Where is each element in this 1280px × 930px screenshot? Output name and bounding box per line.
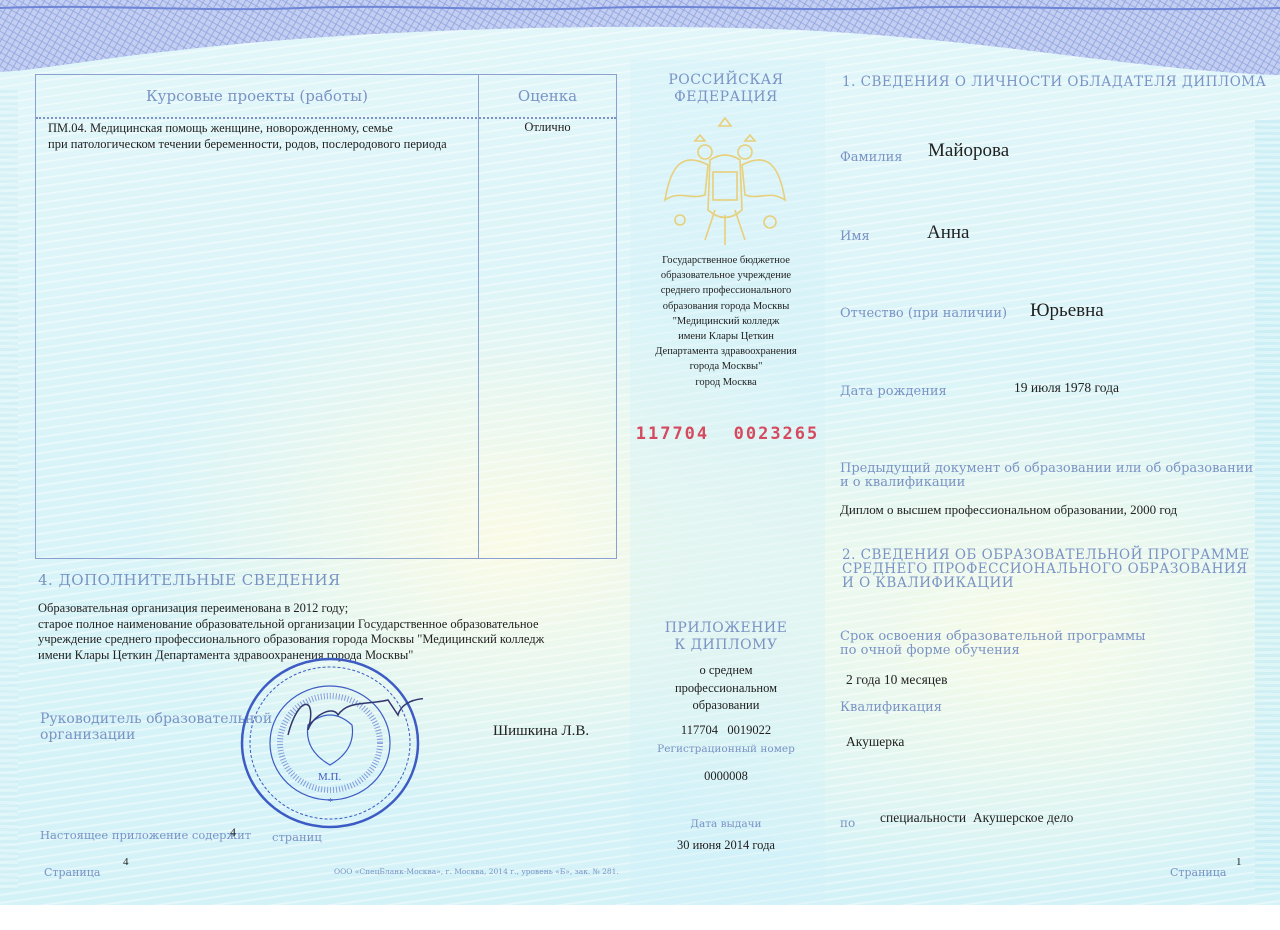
institution-line: образования города Москвы [636, 299, 816, 314]
study-duration-value: 2 года 10 месяцев [846, 672, 947, 688]
double-headed-eagle-icon [660, 110, 790, 250]
svg-text:М.П.: М.П. [318, 771, 341, 783]
additional-line-1: Образовательная организация переименован… [38, 601, 608, 617]
previous-document-value: Диплом о высшем профессиональном образов… [840, 502, 1177, 518]
surname-value: Майорова [928, 140, 1009, 162]
left-page-number: 4 [123, 856, 129, 868]
country-line2: Федерация [636, 89, 816, 106]
prev-doc-label-line2: и о квалификации [840, 476, 1253, 490]
course-name-line2: при патологическом течении беременности,… [48, 136, 473, 152]
specialty-prefix: по [840, 816, 855, 830]
section2-heading: 2. Сведения об образовательной программе… [842, 548, 1250, 590]
left-edge-strip [0, 90, 18, 890]
annex-title-line1: Приложение [636, 620, 816, 637]
institution-line: "Медицинский колледж [636, 314, 816, 329]
institution-line: образовательное учреждение [636, 268, 816, 283]
section2-line3: и о квалификации [842, 576, 1250, 590]
name-value: Анна [927, 222, 970, 244]
pages-count-suffix: страниц [272, 830, 322, 844]
dob-label: Дата рождения [840, 384, 947, 399]
additional-info-text: Образовательная организация переименован… [38, 601, 608, 663]
level-line: о среднем [636, 662, 816, 680]
institution-line: среднего профессионального [636, 283, 816, 298]
duration-label-line2: по очной форме обучения [840, 644, 1145, 658]
issue-date: 30 июня 2014 года [636, 838, 816, 853]
right-edge-strip [1255, 120, 1280, 890]
additional-line-3: учреждение среднего профессионального об… [38, 632, 608, 648]
institution-line: имени Клары Цеткин [636, 329, 816, 344]
patronymic-label: Отчество (при наличии) [840, 306, 1007, 321]
header-grade: Оценка [479, 87, 616, 105]
section2-line1: 2. Сведения об образовательной программе [842, 548, 1250, 562]
right-page-number: 1 [1236, 856, 1242, 868]
header-course-projects: Курсовые проекты (работы) [36, 87, 478, 105]
dob-value: 19 июля 1978 года [1014, 380, 1119, 396]
annex-title-line2: к диплому [636, 637, 816, 654]
table-divider [478, 75, 479, 558]
pages-count-label: Настоящее приложение содержит [40, 828, 251, 842]
form-serial-number: 117704 0023265 [630, 424, 825, 444]
duration-label-line1: Срок освоения образовательной программы [840, 630, 1145, 644]
institution-line: Государственное бюджетное [636, 253, 816, 268]
institution-line: города Москвы" [636, 359, 816, 374]
course-projects-table: Курсовые проекты (работы) Оценка ПМ.04. … [35, 74, 617, 559]
previous-document-label: Предыдущий документ об образовании или о… [840, 462, 1253, 490]
name-label: Имя [840, 229, 870, 244]
prev-doc-label-line1: Предыдущий документ об образовании или о… [840, 462, 1253, 476]
additional-line-2: старое полное наименование образовательн… [38, 617, 608, 633]
issue-date-label: Дата выдачи [636, 818, 816, 830]
official-stamp-icon: М.П. * [238, 655, 423, 830]
level-line: образовании [636, 697, 816, 715]
additional-info-heading: 4. Дополнительные сведения [38, 571, 341, 589]
level-line: профессиональном [636, 680, 816, 698]
right-page-label: Страница [1170, 866, 1226, 879]
country-line1: Российская [636, 72, 816, 89]
country-name: Российская Федерация [636, 72, 816, 106]
qualification-value: Акушерка [846, 734, 904, 750]
education-level: о среднем профессиональном образовании [636, 662, 816, 715]
head-name: Шишкина Л.В. [493, 723, 589, 740]
institution-line: Департамента здравоохранения [636, 344, 816, 359]
section2-line2: среднего профессионального образования [842, 562, 1250, 576]
course-name-line1: ПМ.04. Медицинская помощь женщине, новор… [48, 120, 473, 136]
pages-count-value: 4 [230, 825, 236, 840]
institution-name: Государственное бюджетное образовательно… [636, 253, 816, 390]
registration-number: 0000008 [636, 769, 816, 784]
section1-heading: 1. Сведения о личности обладателя диплом… [842, 74, 1266, 90]
annex-title: Приложение к диплому [636, 620, 816, 654]
printer-imprint: ООО «СпецБланк-Москва», г. Москва, 2014 … [334, 867, 619, 876]
svg-text:*: * [328, 797, 333, 808]
diploma-number: 117704 0019022 [636, 723, 816, 738]
institution-line: город Москва [636, 375, 816, 390]
table-row: ПМ.04. Медицинская помощь женщине, новор… [48, 120, 473, 152]
course-grade: Отлично [479, 120, 616, 135]
left-page-label: Страница [44, 866, 100, 879]
qualification-label: Квалификация [840, 700, 942, 715]
registration-number-label: Регистрационный номер [636, 743, 816, 755]
specialty-value: специальности Акушерское дело [880, 810, 1073, 826]
patronymic-value: Юрьевна [1030, 300, 1104, 322]
study-duration-label: Срок освоения образовательной программы … [840, 630, 1145, 658]
surname-label: Фамилия [840, 150, 902, 165]
